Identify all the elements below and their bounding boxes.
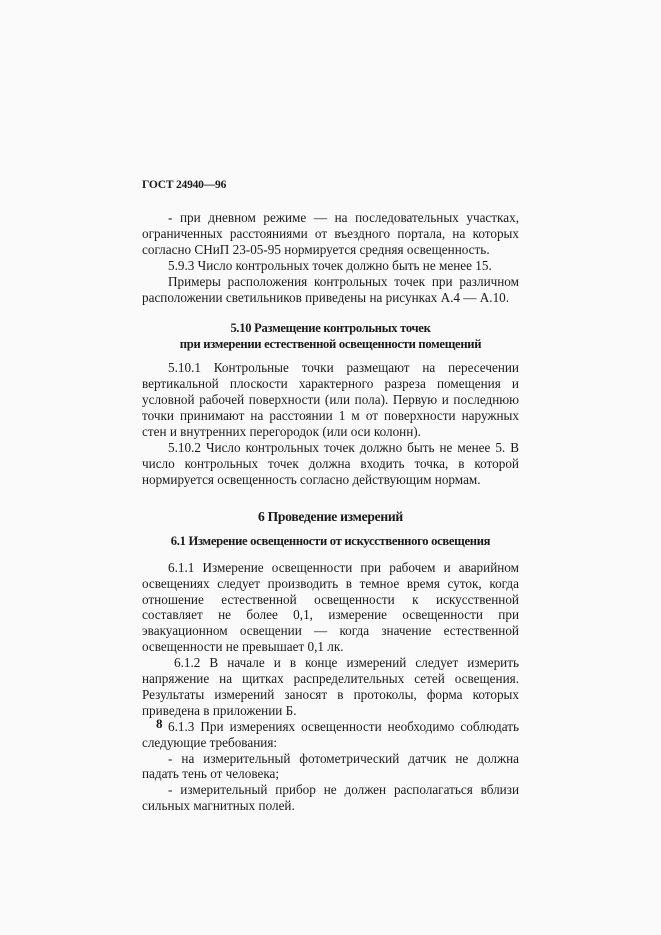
section-6-1-title: 6.1 Измерение освещенности от искусствен… bbox=[142, 534, 519, 550]
paragraph-6-1-1: 6.1.1 Измерение освещенности при рабочем… bbox=[142, 560, 519, 655]
document-page: ГОСТ 24940—96 - при дневном режиме — на … bbox=[142, 178, 519, 814]
section-5-10-title-line1: 5.10 Размещение контрольных точек bbox=[142, 321, 519, 337]
section-5-10-title-line2: при измерении естественной освещенности … bbox=[142, 337, 519, 353]
document-header: ГОСТ 24940—96 bbox=[142, 178, 519, 192]
paragraph-6-1-2: 6.1.2 В начале и в конце измерений следу… bbox=[142, 655, 519, 719]
paragraph-examples: Примеры расположения контрольных точек п… bbox=[142, 274, 519, 306]
paragraph-daytime-mode: - при дневном режиме — на последовательн… bbox=[142, 210, 519, 258]
list-item-sensor-shadow: - на измерительный фотометрический датчи… bbox=[142, 751, 519, 783]
list-item-magnetic-fields: - измерительный прибор не должен распола… bbox=[142, 782, 519, 814]
section-5-10-title: 5.10 Размещение контрольных точек при из… bbox=[142, 321, 519, 352]
paragraph-5-9-3: 5.9.3 Число контрольных точек должно быт… bbox=[142, 258, 519, 274]
page-number: 8 bbox=[156, 716, 163, 732]
section-6-title: 6 Проведение измерений bbox=[142, 509, 519, 525]
paragraph-5-10-2: 5.10.2 Число контрольных точек должно бы… bbox=[142, 440, 519, 488]
paragraph-5-10-1: 5.10.1 Контрольные точки размещают на пе… bbox=[142, 360, 519, 440]
paragraph-6-1-3: 6.1.3 При измерениях освещенности необхо… bbox=[142, 719, 519, 751]
